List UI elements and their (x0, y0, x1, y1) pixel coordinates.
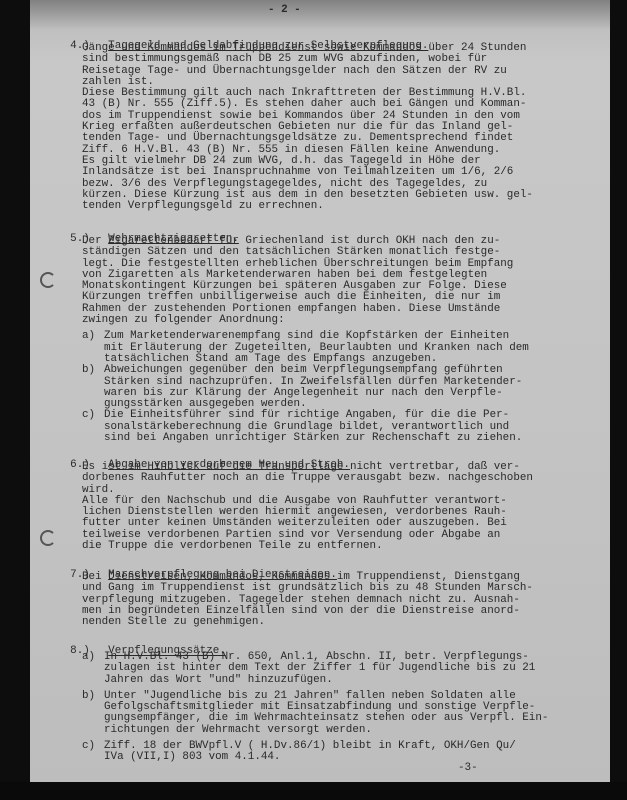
text-line: IVa (VII,I) 803 vom 4.1.44. (104, 752, 602, 763)
text-line: sind bestimmungsgemäß nach DB 25 zum WVG… (82, 54, 602, 65)
text-line: sind bei Angaben unrichtiger Stärken zur… (104, 433, 602, 444)
section-body-6: Es ist im Hinblick auf die Transportlage… (82, 462, 602, 552)
text-line: dorbenes Rauhfutter noch an die Truppe v… (82, 473, 602, 484)
item-label: a) (82, 331, 95, 342)
text-line: die Truppe die verdorbenen Teile zu entf… (82, 541, 602, 552)
text-line: Jahren das Wort "und" hinzuzufügen. (104, 675, 602, 686)
list-item-b: b) Unter "Jugendliche bis zu 21 Jahren" … (82, 691, 602, 736)
section-body-7: Bei Dienstreisen, Kommandos, Kommandos i… (82, 572, 602, 628)
punch-hole-icon (40, 272, 56, 288)
text-line: Inlandsätze ist bei Inanspruchnahme von … (82, 167, 602, 178)
page-number-bottom: -3- (458, 763, 478, 774)
item-label: c) (82, 410, 95, 421)
text-line: Reisetage Tage- und Übernachtungsgelder … (82, 66, 602, 77)
list-item-c: c) Ziff. 18 der BWVpfl.V ( H.Dv.86/1) bl… (82, 741, 602, 764)
text-line: tenden Tage- und Übernachtungsgeldsätze … (82, 133, 602, 144)
document-page: - 2 - 4.)Tagegeld und Geldabfindung zur … (30, 0, 610, 782)
page-number-top: - 2 - (268, 5, 301, 16)
item-label: c) (82, 741, 95, 752)
text-line: ständigen Sätzen und den tatsächlichen S… (82, 247, 602, 258)
list-item-a: a) Zum Marketenderwarenempfang sind die … (82, 331, 602, 365)
text-line: nenden Stelle zu genehmigen. (82, 617, 602, 628)
text-line: zwingen zu folgender Anordnung: (82, 315, 602, 326)
list-item-b: b) Abweichungen gegenüber den beim Verpf… (82, 365, 602, 410)
text-line: zulagen ist hinter dem Text der Ziffer 1… (104, 663, 602, 674)
section-body-5: Der Zigarettenbedarf für Griechenland is… (82, 236, 602, 444)
section-body-4: Gänge und Kommandos im Truppendienst sow… (82, 43, 602, 212)
text-line: tenden Verpflegungsgeld zu errechnen. (82, 201, 602, 212)
text-line: Zum Marketenderwarenempfang sind die Kop… (104, 331, 602, 342)
text-line: und Gang im Truppendienst ist grundsätzl… (82, 583, 602, 594)
item-label: b) (82, 691, 95, 702)
punch-hole-icon (40, 530, 56, 546)
text-line: Abweichungen gegenüber den beim Verpfleg… (104, 365, 602, 376)
text-line: richtungen der Wehrmacht versorgt werden… (104, 725, 602, 736)
item-label: a) (82, 652, 95, 663)
item-label: b) (82, 365, 95, 376)
section-body-8: a) In H.V.Bl. 43 (B) Nr. 650, Anl.1, Abs… (82, 652, 602, 764)
list-item-a: a) In H.V.Bl. 43 (B) Nr. 650, Anl.1, Abs… (82, 652, 602, 686)
scan-border (0, 782, 627, 800)
list-item-c: c) Die Einheitsführer sind für richtige … (82, 410, 602, 444)
